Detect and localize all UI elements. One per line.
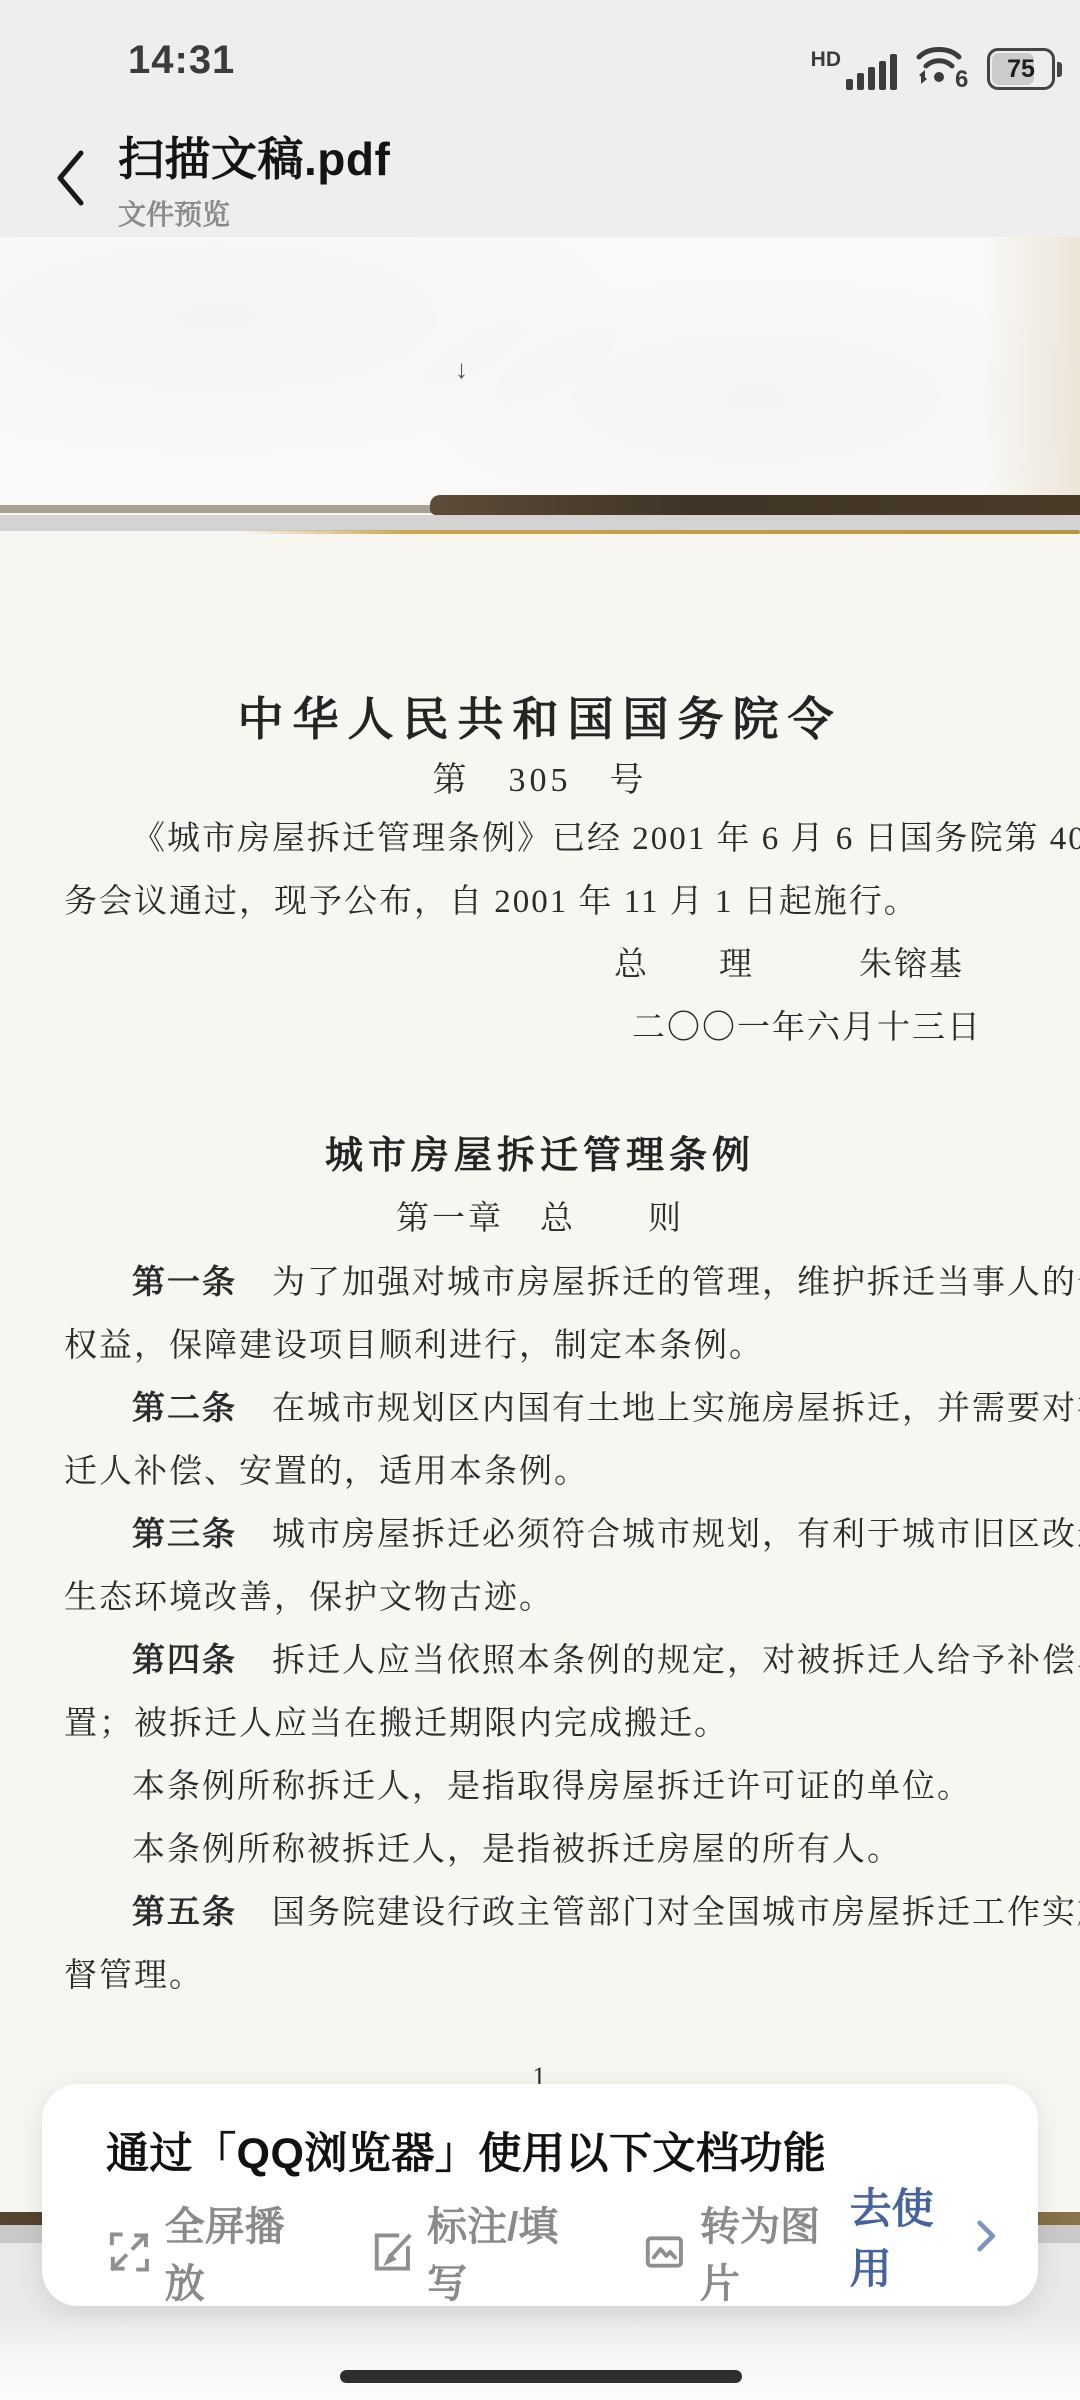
status-icons: HD 6 xyxy=(811,44,1062,92)
chevron-right-icon xyxy=(974,2216,998,2256)
pencil-mark: ↓ xyxy=(455,355,468,385)
feature-annotate[interactable]: 标注/填写 xyxy=(368,2195,587,2309)
phone-screen: 14:31 HD 6 xyxy=(0,0,1080,2400)
go-use-button[interactable]: 去使用 xyxy=(850,2176,998,2296)
wifi6-label: 6 xyxy=(955,66,968,87)
signal-bars-icon xyxy=(846,50,897,90)
title-bar: 扫描文稿.pdf 文件预览 xyxy=(0,115,1080,238)
home-indicator[interactable] xyxy=(340,2370,742,2383)
battery-icon: 75 xyxy=(987,48,1062,90)
to-image-icon xyxy=(641,2227,688,2277)
clock: 14:31 xyxy=(128,38,235,83)
header-text: 扫描文稿.pdf 文件预览 xyxy=(118,123,390,233)
feature-fullscreen[interactable]: 全屏播放 xyxy=(106,2195,314,2309)
fullscreen-icon xyxy=(106,2227,153,2277)
battery-percent: 75 xyxy=(990,51,1052,87)
chevron-left-icon xyxy=(53,147,87,209)
page-edge-line xyxy=(240,530,1080,534)
cellular-signal-icon: HD xyxy=(811,48,897,92)
back-button[interactable] xyxy=(44,143,96,213)
hd-badge: HD xyxy=(811,48,841,72)
wifi-icon: 6 xyxy=(913,41,971,92)
annotate-icon xyxy=(368,2227,415,2277)
document-scroll-area[interactable]: ↓ xyxy=(0,237,1080,2400)
qq-browser-promo-card: 通过「QQ浏览器」使用以下文档功能 全屏播放 xyxy=(42,2084,1038,2306)
file-title: 扫描文稿.pdf xyxy=(118,123,390,189)
file-subtitle: 文件预览 xyxy=(118,193,390,233)
promo-title: 通过「QQ浏览器」使用以下文档功能 xyxy=(106,2120,826,2181)
promo-feature-row: 全屏播放 标注/填写 xyxy=(106,2192,998,2312)
torn-page-top xyxy=(0,237,1080,505)
status-bar: 14:31 HD 6 xyxy=(0,0,1080,115)
go-use-label: 去使用 xyxy=(850,2176,968,2296)
page-gap xyxy=(0,515,1080,531)
page-seam-shadow xyxy=(430,495,1080,515)
feature-to-image[interactable]: 转为图片 xyxy=(641,2195,849,2309)
